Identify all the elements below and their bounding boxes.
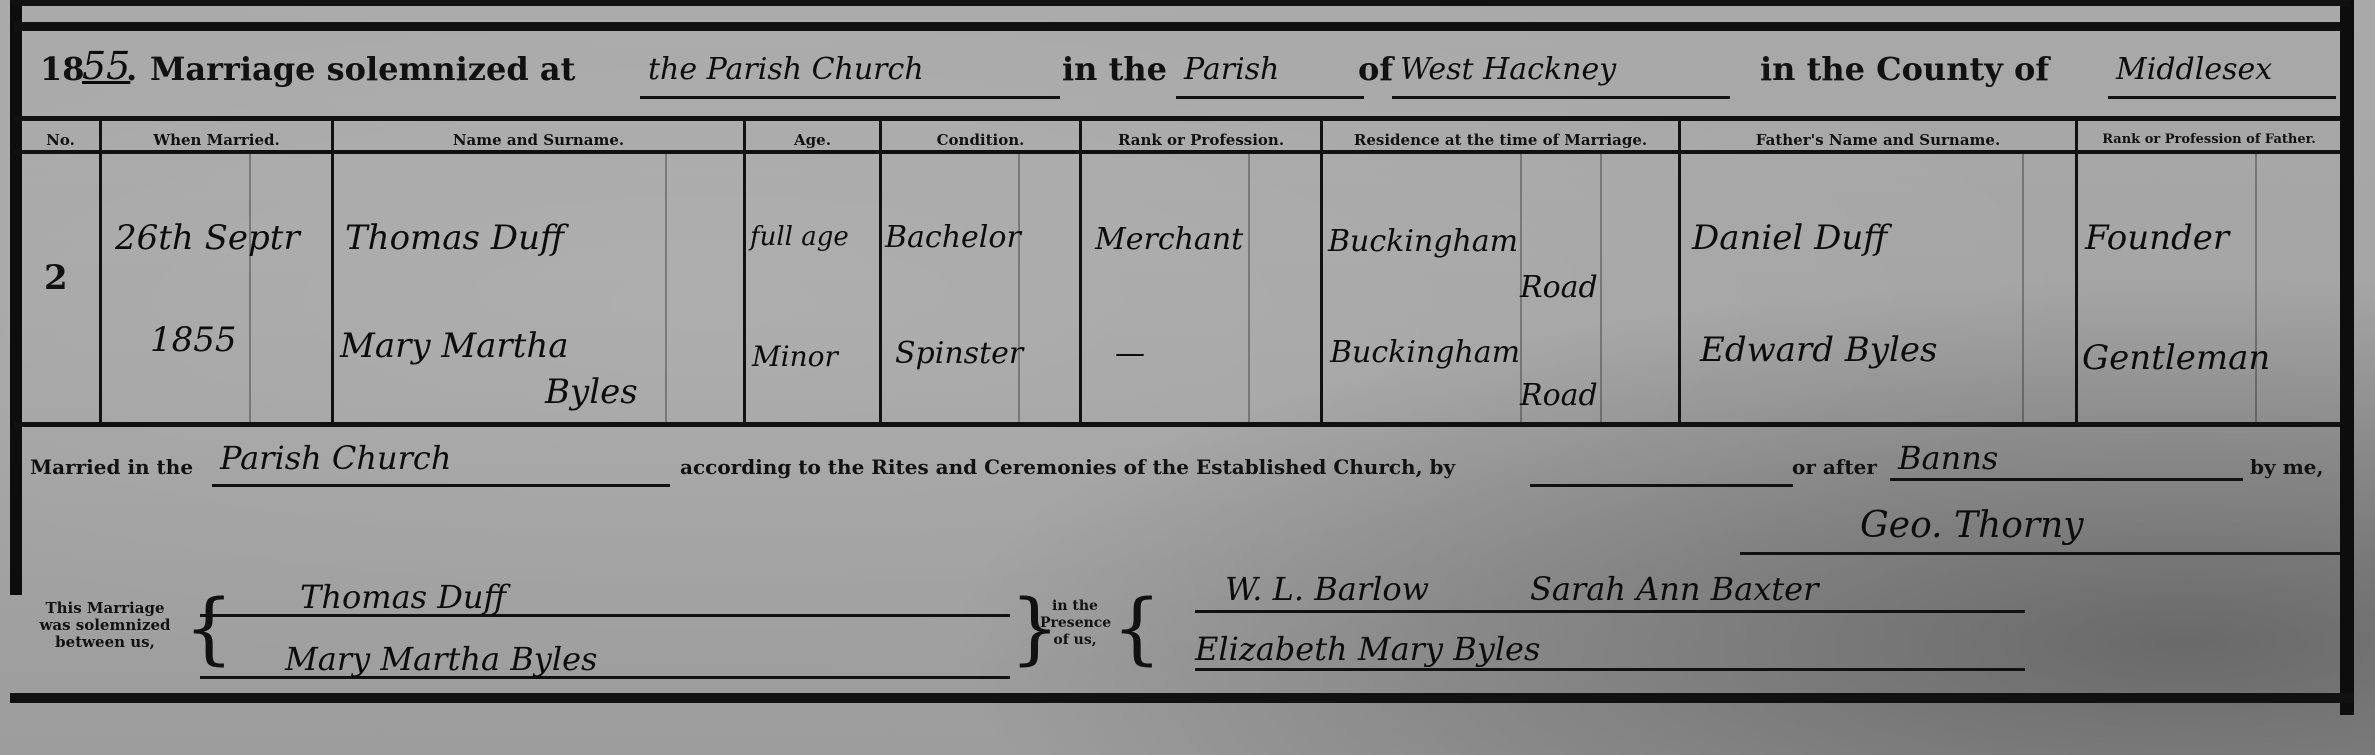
col-divider xyxy=(879,118,882,423)
by-me-label: by me, xyxy=(2250,455,2323,479)
parish-name-field: West Hackney xyxy=(1392,44,1730,99)
married-in-field: Parish Church xyxy=(212,432,670,487)
in-the-label: in the xyxy=(1062,50,1167,88)
witness3-signature: Elizabeth Mary Byles xyxy=(1195,630,1540,668)
col-divider xyxy=(743,118,746,423)
bride-signature: Mary Martha Byles xyxy=(285,640,597,678)
header-father-name: Father's Name and Surname. xyxy=(1681,128,2075,152)
year-prefix: 18 xyxy=(40,50,85,88)
bride-residence-line1: Buckingham xyxy=(1330,335,1520,370)
married-in-label: Married in the xyxy=(30,455,193,479)
bride-father-rank: Gentleman xyxy=(2082,338,2270,378)
col-subdivider xyxy=(1018,154,1020,422)
or-after-field: Banns xyxy=(1890,432,2243,481)
col-subdivider xyxy=(1248,154,1250,422)
witness1-signature: W. L. Barlow xyxy=(1225,570,1429,608)
col-subdivider xyxy=(249,154,251,422)
of-label: of xyxy=(1358,50,1393,88)
groom-condition: Bachelor xyxy=(885,220,1021,255)
page-border-right xyxy=(2340,0,2354,715)
page-bottom-rule xyxy=(10,693,2354,703)
col-subdivider xyxy=(665,154,667,422)
bride-age: Minor xyxy=(752,340,838,373)
groom-signature: Thomas Duff xyxy=(300,578,506,616)
col-subdivider xyxy=(2255,154,2257,422)
presence-label: in the Presence of us, xyxy=(1040,598,1110,649)
col-divider xyxy=(1320,118,1323,423)
year-suffix: 55 xyxy=(82,44,130,88)
header-top-rule xyxy=(14,116,2340,121)
left-brace-icon: { xyxy=(184,590,234,668)
bride-name-line2: Byles xyxy=(545,372,638,412)
bride-father-name: Edward Byles xyxy=(1700,330,1937,370)
groom-name: Thomas Duff xyxy=(345,218,564,258)
officiant-line xyxy=(1740,552,2340,555)
col-subdivider xyxy=(2022,154,2024,422)
bride-rank: — xyxy=(1115,336,1145,371)
solemnized-label: This Marriage was solemnized between us, xyxy=(30,600,180,651)
title-period: . xyxy=(126,50,137,88)
header-condition: Condition. xyxy=(882,128,1079,152)
col-divider xyxy=(1678,118,1681,423)
top-border xyxy=(10,0,2350,6)
bride-name-line1: Mary Martha xyxy=(340,326,569,366)
col-subdivider xyxy=(1600,154,1602,422)
groom-age: full age xyxy=(750,222,849,252)
header-when-married: When Married. xyxy=(102,128,331,152)
header-name: Name and Surname. xyxy=(334,128,743,152)
title-text: Marriage solemnized at xyxy=(150,50,575,88)
or-after-label: or after xyxy=(1792,455,1877,479)
page-border-left xyxy=(10,0,22,595)
col-divider xyxy=(2075,118,2078,423)
witness-line-1 xyxy=(1195,610,2025,613)
by-field xyxy=(1530,438,1793,487)
header-no: No. xyxy=(22,128,99,152)
groom-residence-line2: Road xyxy=(1520,270,1598,305)
col-divider xyxy=(331,118,334,423)
entry-bottom-rule xyxy=(14,422,2340,427)
groom-father-rank: Founder xyxy=(2085,218,2229,258)
title-top-rule xyxy=(14,22,2340,31)
date-day-month: 26th Septr xyxy=(115,218,300,258)
entry-number: 2 xyxy=(44,258,68,298)
county-field: Middlesex xyxy=(2108,44,2336,99)
col-divider xyxy=(99,118,102,423)
witness-line-2 xyxy=(1195,668,2025,671)
county-label: in the County of xyxy=(1760,50,2049,88)
header-rank: Rank or Profession. xyxy=(1082,128,1320,152)
date-year: 1855 xyxy=(150,320,237,360)
bride-condition: Spinster xyxy=(895,336,1023,371)
bride-residence-line2: Road xyxy=(1520,378,1598,413)
groom-residence-line1: Buckingham xyxy=(1328,224,1518,259)
header-age: Age. xyxy=(746,128,879,152)
header-residence: Residence at the time of Marriage. xyxy=(1323,128,1678,152)
district-field: Parish xyxy=(1176,44,1364,99)
register-page: 18 55 . Marriage solemnized at the Paris… xyxy=(0,0,2375,755)
rites-text: according to the Rites and Ceremonies of… xyxy=(680,455,1455,479)
groom-father-name: Daniel Duff xyxy=(1692,218,1887,258)
venue-field: the Parish Church xyxy=(640,44,1060,99)
officiant-signature: Geo. Thorny xyxy=(1860,505,2084,546)
header-father-rank: Rank or Profession of Father. xyxy=(2078,128,2340,152)
witness-brace-icon: { xyxy=(1112,590,1162,668)
col-divider xyxy=(1079,118,1082,423)
witness2-signature: Sarah Ann Baxter xyxy=(1530,570,1818,608)
groom-rank: Merchant xyxy=(1095,222,1243,257)
